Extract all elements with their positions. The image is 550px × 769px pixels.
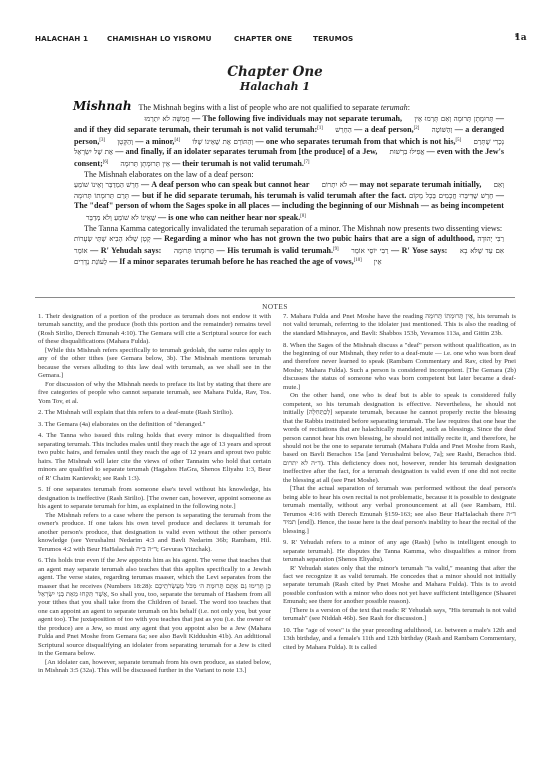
mishnah-intro-end: : <box>408 103 410 112</box>
mishnah-paragraph-1: Mishnah The Mishnah begins with a list o… <box>74 101 504 170</box>
hebrew-phrase: וְהַתּוֹרֵם אֶת שֶׁאֵינוֹ שֶׁלּוֹ <box>192 138 253 146</box>
note-number: 4 <box>38 432 41 439</box>
hebrew-phrase: תְּרוּמָתוֹ תְּרוּמָה <box>174 247 214 255</box>
translation-phrase: — a minor, <box>135 137 174 146</box>
hebrew-phrase: וְאִם תָּרְמוּ אֵין <box>414 115 451 123</box>
note-number: 3 <box>38 421 41 428</box>
translation-phrase: — If a minor separates terumah before he… <box>109 257 354 266</box>
note-8-cont-b: [That the actual separation of terumah w… <box>283 485 516 536</box>
footnote-ref[interactable]: [2] <box>414 126 420 131</box>
note-9-cont-b: [There is a version of the text that rea… <box>283 607 516 624</box>
translation-phrase: — and finally, if an idolater separates … <box>115 147 377 156</box>
hebrew-phrase: חֵרֵשׁ שֶׁדִּיבְּרוּ חֲכָמִים בְּכָל מָק… <box>409 192 493 200</box>
translation-phrase: — may not separate terumah initially, <box>349 180 481 189</box>
chapter-title: Chapter One <box>0 64 550 80</box>
note-text: R' Yehudah refers to a minor of any age … <box>283 539 516 563</box>
note-10: 10. The "age of vows" is the year preced… <box>283 627 516 652</box>
note-1-cont-b: For discussion of why the Mishnah needs … <box>38 381 271 406</box>
note-text: The Gemara (4a) elaborates on the defini… <box>45 421 206 428</box>
note-8-cont-a: On the other hand, one who is deaf but i… <box>283 392 516 485</box>
note-9: 9. R' Yehudah refers to a minor of any a… <box>283 539 516 564</box>
hebrew-phrase: שֶׁאֵינוֹ לֹא שׁוֹמֵעַ וְלֹא מְדַבֵּר <box>86 214 156 222</box>
note-4: 4. The Tanna who issued this ruling hold… <box>38 432 271 483</box>
note-number: 2 <box>38 409 41 416</box>
hebrew-phrase: תְּרוּמָתָן תְּרוּמָה <box>454 115 494 123</box>
hebrew-phrase: וְהַשּׁוֹטֶה <box>432 126 453 134</box>
translation-phrase: — one who separates terumah from that wh… <box>256 137 456 146</box>
hebrew-phrase: וְהַקָּטָן <box>117 138 133 146</box>
mishnah-text: Mishnah The Mishnah begins with a list o… <box>74 101 504 268</box>
translation-phrase: — a deaf person, <box>354 125 413 134</box>
mishnah-intro-term: terumah <box>381 103 408 112</box>
note-5: 5. If one separates terumah from someone… <box>38 486 271 511</box>
notes-divider <box>35 297 515 298</box>
note-number: 7 <box>283 313 286 320</box>
footnote-ref[interactable]: [3] <box>99 138 105 143</box>
halachah-title: Halachah 1 <box>0 80 550 93</box>
note-1: 1. Their designation of a portion of the… <box>38 313 271 347</box>
note-number: 5 <box>38 486 41 493</box>
hebrew-phrase: קָטָן שֶׁלֹּא הֵבִיא שְׁתֵּי שְׂעָרוֹת <box>74 235 151 243</box>
hebrew-phrase: רַבִּי יוֹסֵי אוֹמֵר <box>351 247 388 255</box>
hebrew-phrase: אֵין <box>374 258 382 266</box>
note-number: 8 <box>283 342 286 349</box>
note-number: 6 <box>38 557 41 564</box>
footnote-ref[interactable]: [7] <box>304 160 310 165</box>
translation-phrase: — R' Yose says: <box>391 246 447 255</box>
translation-phrase: — The following five individuals may not… <box>192 114 402 123</box>
note-number: 10 <box>283 627 290 634</box>
note-text: If one separates terumah from someone el… <box>38 486 271 510</box>
footnote-ref[interactable]: [8] <box>300 214 306 219</box>
running-head-tractate: CHAMISHAH LO YISROMU <box>107 34 212 43</box>
translation-phrase: — is one who can neither hear nor speak. <box>158 213 300 222</box>
note-5-cont: The Mishnah refers to a case where the p… <box>38 512 271 554</box>
page-number-text: 1a <box>514 33 526 43</box>
note-8: 8. When the Sages of the Mishnah discuss… <box>283 342 516 393</box>
footnote-ref[interactable]: [5] <box>456 138 462 143</box>
note-6: 6. This holds true even if the Jew appoi… <box>38 557 271 658</box>
note-number: 1 <box>38 313 41 320</box>
footnote-ref[interactable]: [9] <box>333 247 339 252</box>
mishnah-elaboration-intro: The Mishnah elaborates on the law of a d… <box>74 170 504 181</box>
note-text: The Mishnah will explain that this refer… <box>45 409 234 416</box>
mishnah-tanna-kamma: The Tanna Kamma categorically invalidate… <box>74 224 504 235</box>
footnote-ref[interactable]: [1] <box>317 126 323 131</box>
page-number: 1a1 <box>514 33 518 44</box>
note-text: Their designation of a portion of the pr… <box>38 313 271 345</box>
hebrew-phrase: הַחֵרֵשׁ <box>335 126 352 134</box>
translation-phrase: — but if he did separate terumah, his te… <box>132 191 407 200</box>
note-text: [An idolater can, however, separate teru… <box>38 659 271 674</box>
note-3: 3. The Gemara (4a) elaborates on the def… <box>38 421 271 429</box>
translation-phrase: — R' Yehudah says: <box>90 246 161 255</box>
note-text: This holds true even if the Jew appoints… <box>38 557 271 657</box>
note-7: 7. Mahara Fulda and Pnei Moshe have the … <box>283 313 516 338</box>
hebrew-phrase: לֹא יִתְרוֹם <box>322 181 348 189</box>
mishnah-label: Mishnah <box>73 99 132 113</box>
footnote-ref[interactable]: [6] <box>103 160 109 165</box>
hebrew-phrase: חֲמִשָּׁה לֹא יִתְרְמוּ <box>144 115 189 123</box>
note-number: 9 <box>283 539 286 546</box>
note-text: When the Sages of the Mishnah discuss a … <box>283 342 516 391</box>
note-6-cont: [An idolater can, however, separate teru… <box>38 659 271 676</box>
translation-phrase: — His terumah is valid terumah. <box>217 246 333 255</box>
mishnah-paragraph-deaf: חֵרֵשׁ הַמְדַבֵּר וְאֵינוֹ שׁוֹמֵעַ — A … <box>74 180 504 223</box>
notes-title: NOTES <box>0 303 550 311</box>
mishnah-paragraph-minor: קָטָן שֶׁלֹּא הֵבִיא שְׁתֵּי שְׂעָרוֹת —… <box>74 234 504 268</box>
note-text: The "age of vows" is the year preceding … <box>283 627 516 651</box>
running-head: HALACHAH 1 CHAMISHAH LO YISROMU CHAPTER … <box>35 34 515 48</box>
running-head-masechta: TERUMOS <box>313 34 353 43</box>
notes-column-right: 7. Mahara Fulda and Pnei Moshe have the … <box>283 313 516 655</box>
notes-column-left: 1. Their designation of a portion of the… <box>38 313 271 679</box>
page: HALACHAH 1 CHAMISHAH LO YISROMU CHAPTER … <box>0 0 550 769</box>
translation-phrase: — Regarding a minor who has not grown th… <box>153 234 474 243</box>
hebrew-phrase: אֵין תְּרוּמָתָן תְּרוּמָה <box>120 160 170 168</box>
running-head-halachah: HALACHAH 1 <box>35 34 88 43</box>
note-1-cont-a: [While this Mishnah refers specifically … <box>38 347 271 381</box>
note-2: 2. The Mishnah will explain that this re… <box>38 409 271 417</box>
hebrew-phrase: אֲפִילּוּ בִרְשׁוּת <box>390 148 425 156</box>
translation-phrase: — their terumah is not valid terumah. <box>172 159 304 168</box>
translation-phrase: — A deaf person who can speak but cannot… <box>141 180 309 189</box>
running-head-chapter: CHAPTER ONE <box>234 34 292 43</box>
mishnah-intro: The Mishnah begins with a list of people… <box>138 103 378 112</box>
footnote-ref[interactable]: [10] <box>354 258 362 263</box>
footnote-ref[interactable]: [4] <box>174 138 180 143</box>
note-text: The Tanna who issued this ruling holds t… <box>38 432 271 481</box>
note-9-cont-a: R' Yehudah states only that the minor's … <box>283 565 516 607</box>
note-text: Mahara Fulda and Pnei Moshe have the rea… <box>283 313 516 337</box>
hebrew-phrase: חֵרֵשׁ הַמְדַבֵּר וְאֵינוֹ שׁוֹמֵעַ <box>74 181 139 189</box>
